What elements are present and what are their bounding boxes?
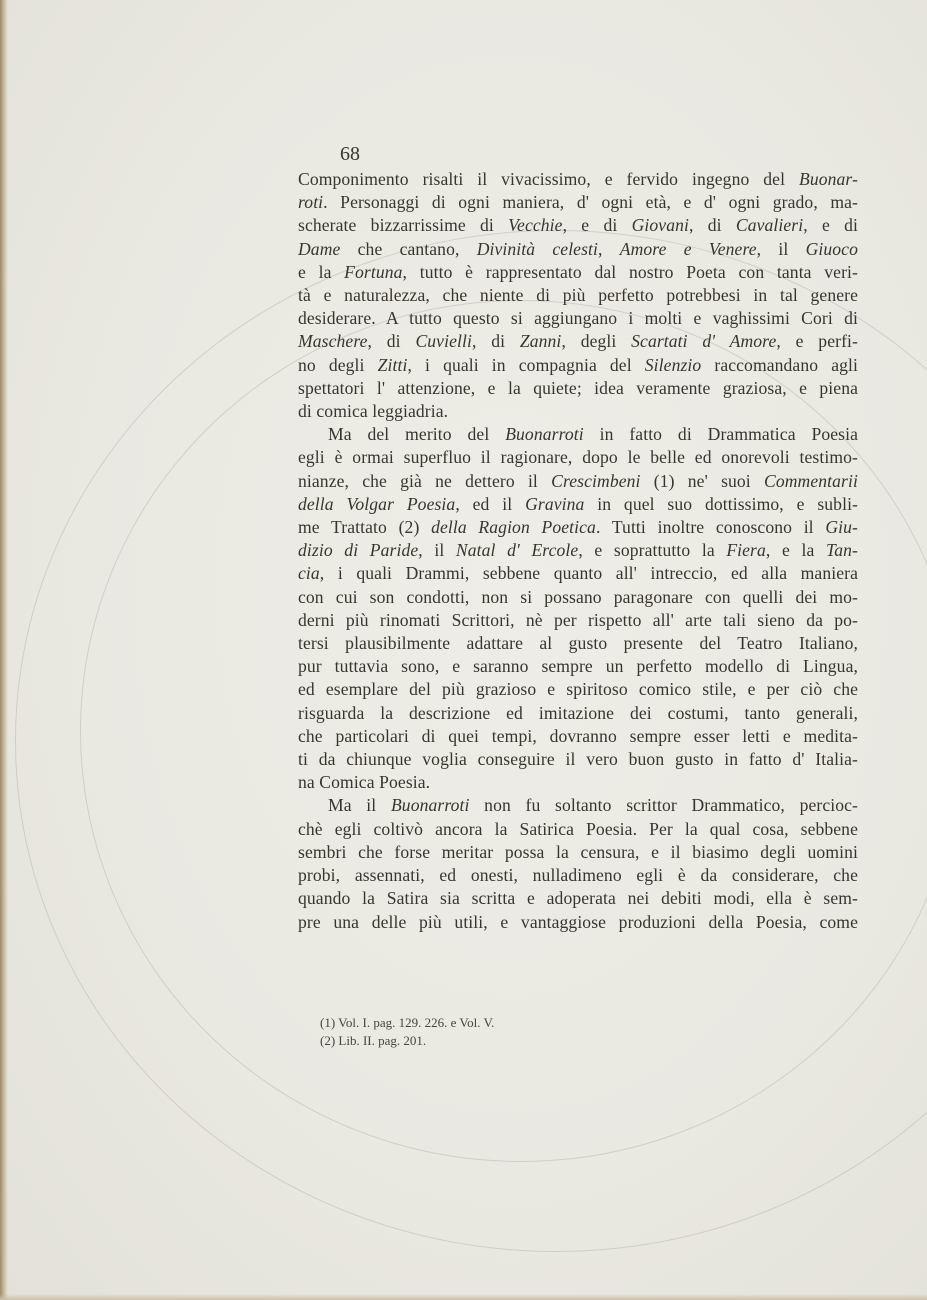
text-line: egli è ormai superfluo il ragionare, dop… (298, 446, 858, 469)
italic-term: Buonar- (799, 169, 858, 189)
text-line: quando la Satira sia scritta e adoperata… (298, 887, 858, 910)
text-line: risguarda la descrizione ed imitazione d… (298, 702, 858, 725)
text-line: nianze, che già ne dettero il Crescimben… (298, 470, 858, 493)
italic-term: Giu- (825, 517, 858, 537)
book-page: 68 Componimento risalti il vivacissimo, … (0, 0, 927, 1300)
footnotes: (1) Vol. I. pag. 129. 226. e Vol. V. (2)… (320, 1014, 494, 1050)
italic-term: Fortuna (344, 262, 402, 282)
italic-term: Tan- (826, 540, 858, 560)
italic-term: Natal d' Ercole (456, 540, 578, 560)
text-line: desiderare. A tutto questo si aggiungano… (298, 307, 858, 330)
italic-term: della Volgar Poesia (298, 494, 455, 514)
italic-term: Dame (298, 239, 340, 259)
text-line: pre una delle più utili, e vantaggiose p… (298, 911, 858, 934)
page-edge-left (0, 0, 8, 1300)
text-line: di comica leggiadria. (298, 400, 858, 423)
text-line: tà e naturalezza, che niente di più perf… (298, 284, 858, 307)
text-line: cia, i quali Drammi, sebbene quanto all'… (298, 562, 858, 585)
text-line: Componimento risalti il vivacissimo, e f… (298, 168, 858, 191)
italic-term: Cavalieri (736, 215, 803, 235)
text-line: spettatori l' attenzione, e la quiete; i… (298, 377, 858, 400)
paragraph-start: Ma il Buonarroti non fu soltanto scritto… (298, 794, 858, 817)
italic-term: Giovani (632, 215, 689, 235)
text-line: ed esemplare del più grazioso e spiritos… (298, 678, 858, 701)
italic-term: della Ragion Poetica (431, 517, 596, 537)
italic-term: Buonarroti (391, 795, 470, 815)
text-line: con cui son condotti, non si possano par… (298, 586, 858, 609)
italic-term: Zitti (378, 355, 408, 375)
text-line: na Comica Poesia. (298, 771, 858, 794)
italic-term: Fiera (726, 540, 766, 560)
text-line: roti. Personaggi di ogni maniera, d' ogn… (298, 191, 858, 214)
italic-term: Amore e Venere (620, 239, 757, 259)
text-line: derni più rinomati Scrittori, nè per ris… (298, 609, 858, 632)
italic-term: Cuvielli (415, 331, 472, 351)
italic-term: Scartati d' Amore (631, 331, 776, 351)
italic-term: Divinità celesti (477, 239, 598, 259)
text-line: e la Fortuna, tutto è rappresentato dal … (298, 261, 858, 284)
italic-term: Crescimbeni (551, 471, 640, 491)
footnote-1: (1) Vol. I. pag. 129. 226. e Vol. V. (320, 1014, 494, 1032)
page-number: 68 (340, 143, 360, 166)
text-line: probi, assennati, ed onesti, nulladimeno… (298, 864, 858, 887)
italic-term: Giuoco (806, 239, 858, 259)
text-line: tersi plausibilmente adattare al gusto p… (298, 632, 858, 655)
text-line: chè egli coltivò ancora la Satirica Poes… (298, 818, 858, 841)
text-line: ti da chiunque voglia conseguire il vero… (298, 748, 858, 771)
text-line: dizio di Paride, il Natal d' Ercole, e s… (298, 539, 858, 562)
text-line: Dame che cantano, Divinità celesti, Amor… (298, 238, 858, 261)
text-line: no degli Zitti, i quali in compagnia del… (298, 354, 858, 377)
italic-term: Silenzio (645, 355, 702, 375)
paragraph-start: Ma del merito del Buonarroti in fatto di… (298, 423, 858, 446)
body-text: Componimento risalti il vivacissimo, e f… (298, 168, 858, 934)
italic-term: Zanni (520, 331, 562, 351)
italic-term: dizio di Paride (298, 540, 418, 560)
text-line: che particolari di quei tempi, dovranno … (298, 725, 858, 748)
italic-term: Vecchie (508, 215, 562, 235)
italic-term: Buonarroti (505, 424, 584, 444)
text-line: me Trattato (2) della Ragion Poetica. Tu… (298, 516, 858, 539)
italic-term: cia (298, 563, 320, 583)
italic-term: Commentarii (764, 471, 858, 491)
text-line: della Volgar Poesia, ed il Gravina in qu… (298, 493, 858, 516)
text-line: scherate bizzarrissime di Vecchie, e di … (298, 214, 858, 237)
text-line: sembri che forse meritar possa la censur… (298, 841, 858, 864)
footnote-2: (2) Lib. II. pag. 201. (320, 1032, 494, 1050)
italic-term: Maschere (298, 331, 368, 351)
page-edge-bottom (0, 1294, 927, 1300)
text-line: Maschere, di Cuvielli, di Zanni, degli S… (298, 330, 858, 353)
text-line: pur tuttavia sono, e saranno sempre un p… (298, 655, 858, 678)
italic-term: Gravina (525, 494, 584, 514)
italic-term: roti (298, 192, 323, 212)
